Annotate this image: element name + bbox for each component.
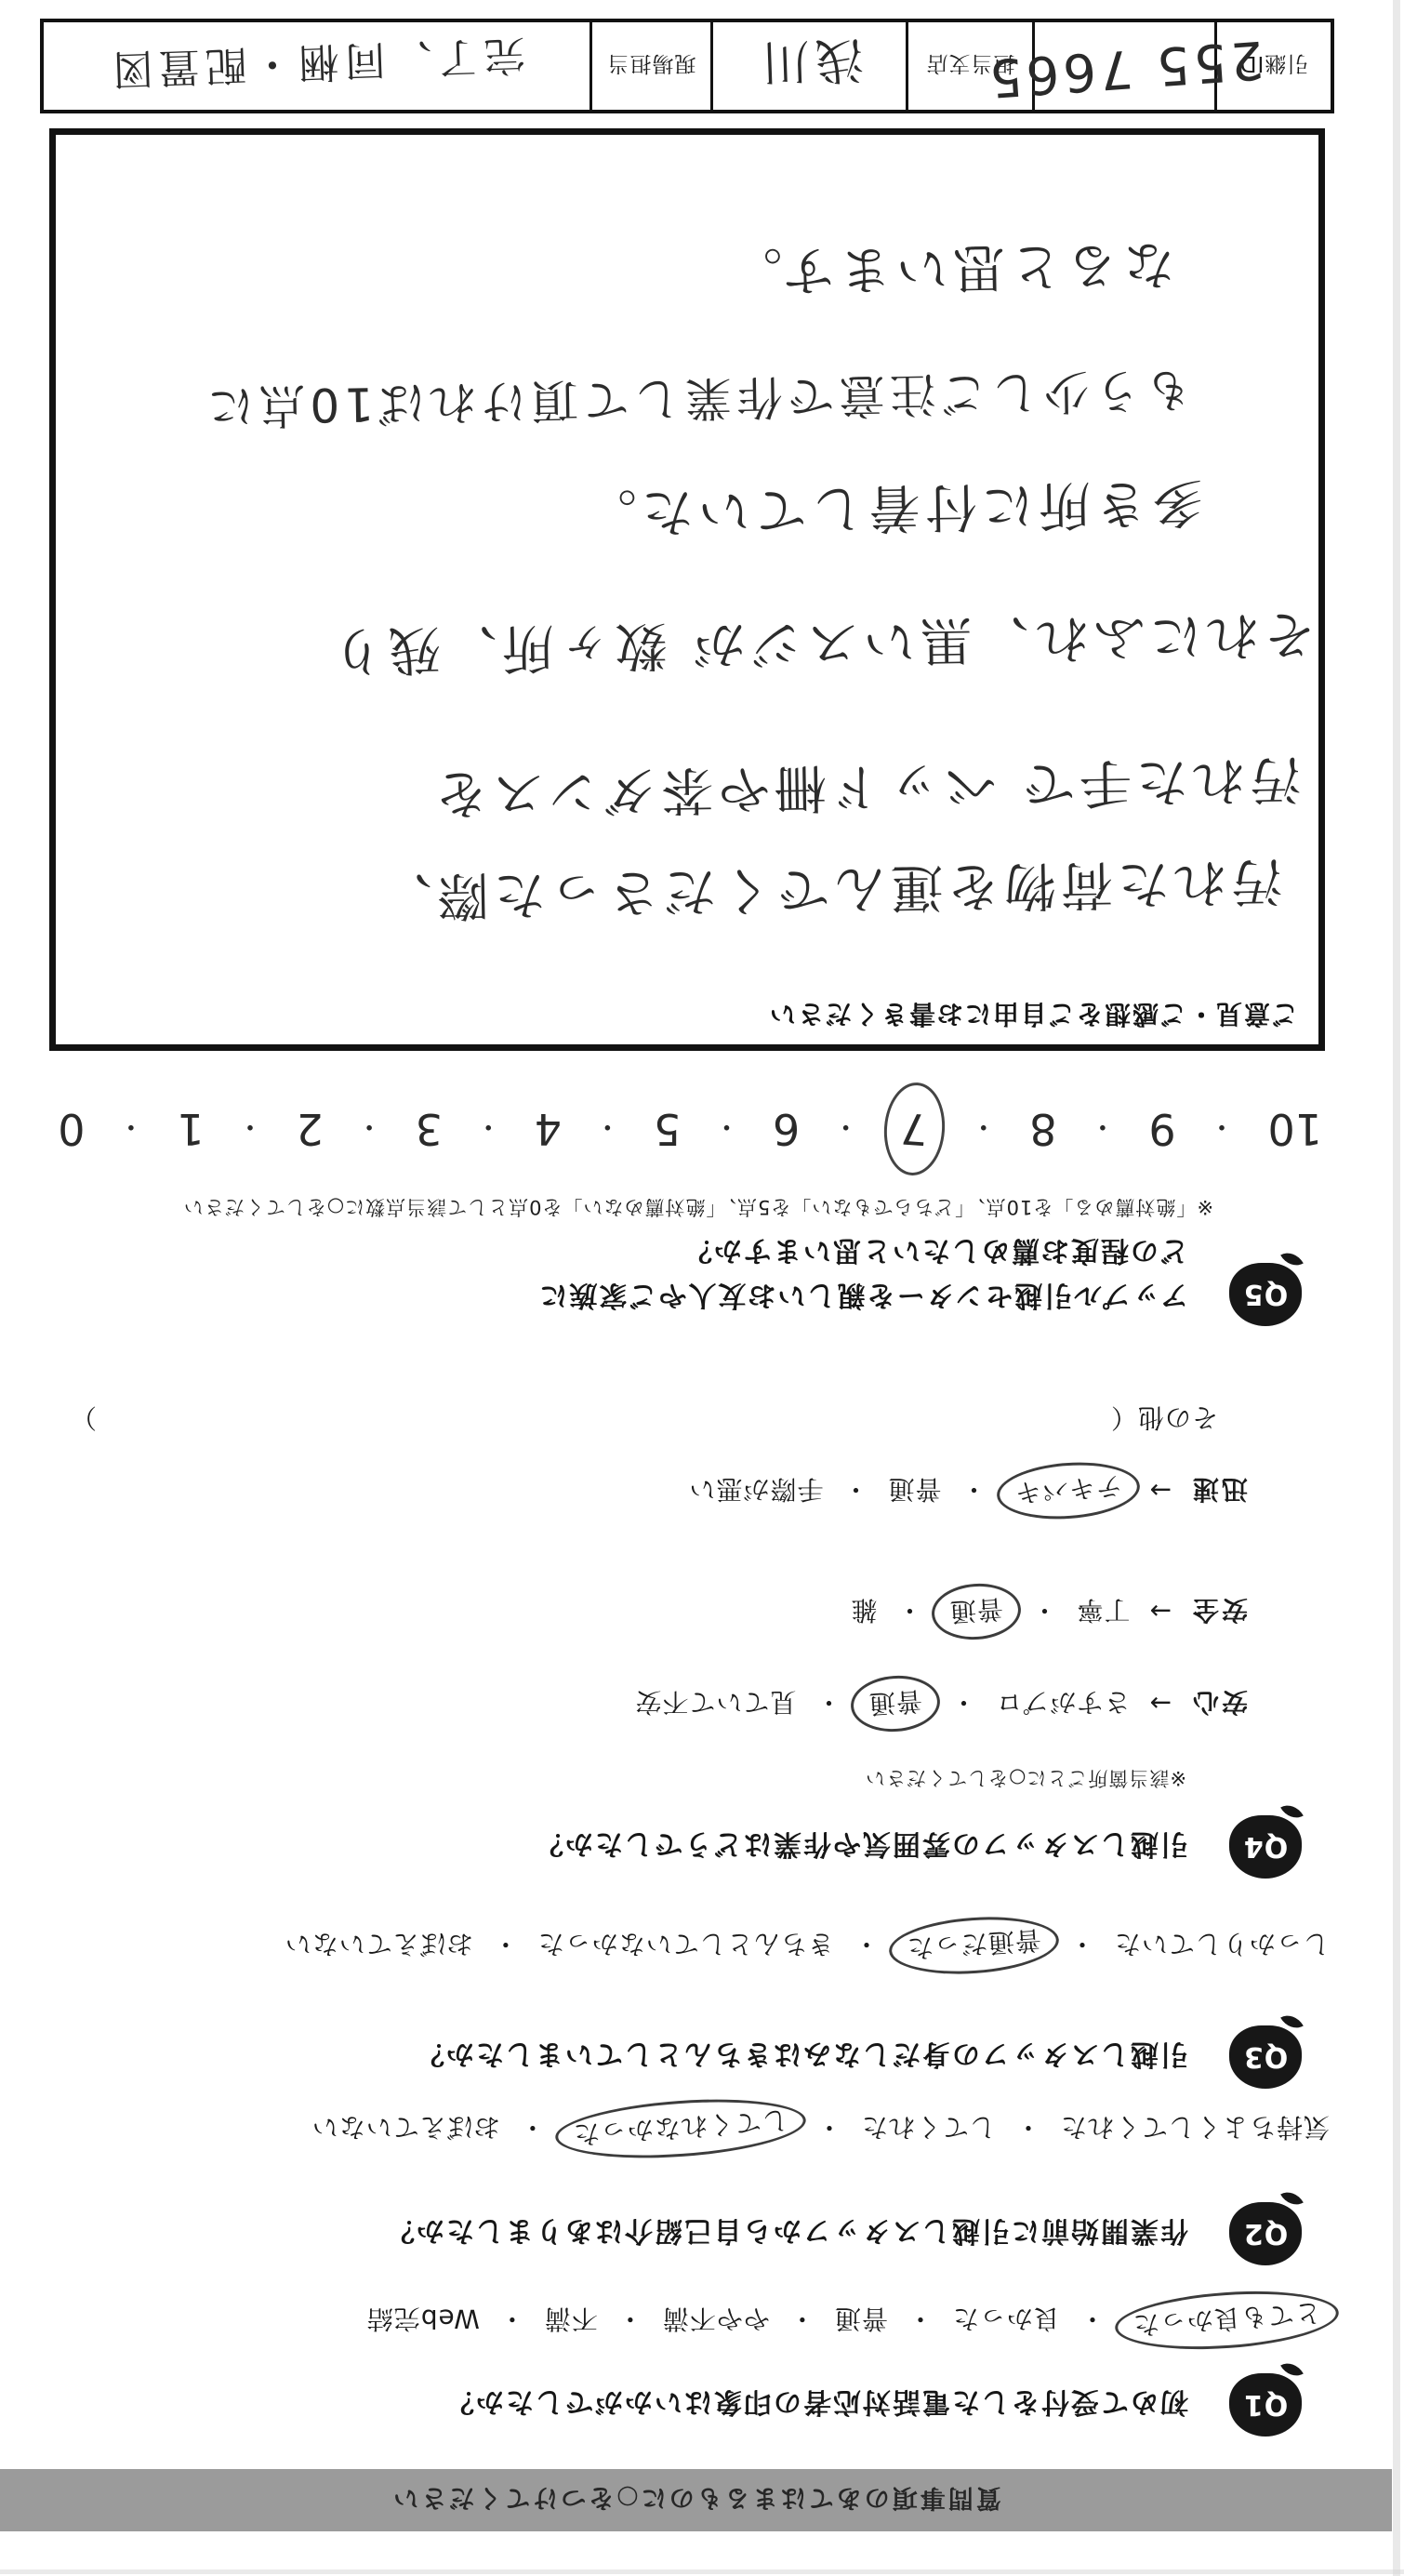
option: 普通 <box>887 1472 941 1509</box>
option-separator: ・ <box>788 2302 815 2339</box>
handwritten-comment-line: なると思います。 <box>725 231 1176 312</box>
survey-sheet-rotated-180: 質問事項のあてはまるものに○をつけてください Q1 初めて受付をした電話対応者の… <box>0 0 1404 2576</box>
scale-number: 4 <box>535 1104 562 1154</box>
q4-row-anshin: 安心 → さすがプロ・普通・見ていて不安 <box>634 1682 1248 1725</box>
site-staff-label: 現場担当 <box>607 51 696 82</box>
q5-rating-scale: 10・9・8・7・6・5・4・3・2・1・0 <box>58 1101 1322 1157</box>
handwritten-comment-line: 汚れた荷物を運んでくださった際、 <box>375 847 1283 937</box>
site-staff-handwritten-value: 完了、同梱・配置図 <box>107 29 527 103</box>
site-staff-value-cell: 完了、同梱・配置図 <box>44 22 592 110</box>
option-selected: 普通 <box>930 1581 1023 1643</box>
option: 良かった <box>952 2302 1060 2339</box>
option: Web完結 <box>366 2302 480 2339</box>
scale-number: 5 <box>654 1104 681 1154</box>
q2-title: 作業開始前に引越しスタッフから自己紹介はありましたか？ <box>385 2213 1188 2254</box>
q4-row-label: 安全 <box>1190 1593 1248 1630</box>
option-selected: 普通 <box>849 1673 942 1735</box>
q1-options: とても良かった・良かった・普通・やや不満・不満・Web完結 <box>366 2299 1330 2342</box>
option: おぼえていない <box>311 2110 500 2147</box>
q4-other-close-paren: ） <box>70 1401 97 1438</box>
scale-separator: ・ <box>713 1109 741 1149</box>
scale-separator: ・ <box>593 1109 621 1149</box>
option-separator: ・ <box>498 2302 525 2339</box>
option-separator: ・ <box>1030 1593 1057 1630</box>
option-selected: 普通だった <box>887 1912 1061 1980</box>
scale-separator: ・ <box>1208 1109 1236 1149</box>
option: 普通 <box>834 2302 888 2339</box>
handwritten-comment-line: 汚れた手で ベッド柵や茶ダンスを <box>430 746 1303 835</box>
option: やや不満 <box>662 2302 770 2339</box>
q5-title-line2: どの程度お薦めしたいと思いますか？ <box>682 1233 1188 1274</box>
q5-note: ※「絶対薦める」を10点、「どちらでもない」を5点、「絶対薦めない」を0点として… <box>183 1194 1213 1222</box>
option: してくれた <box>861 2110 996 2147</box>
option: 丁寧 <box>1077 1593 1131 1630</box>
scale-number: 6 <box>773 1104 800 1154</box>
option-separator: ・ <box>895 1593 922 1630</box>
option-separator: ・ <box>616 2302 643 2339</box>
option-separator: ・ <box>853 1927 880 1964</box>
q5-title-line1: アップル引越センターを親しいお友人やご家族に <box>538 1278 1189 1319</box>
q4-other-label: その他（ <box>1110 1401 1218 1438</box>
scale-number: 1 <box>177 1104 204 1154</box>
option-separator: ・ <box>1079 2302 1106 2339</box>
arrow-icon: → <box>1149 1476 1172 1507</box>
arrow-icon: → <box>1149 1689 1172 1720</box>
q2-badge: Q2 <box>1229 2202 1302 2265</box>
option-separator: ・ <box>1068 1927 1095 1964</box>
handoff-id-value-cell: 255 7665 <box>1035 22 1217 110</box>
scale-number: 10 <box>1267 1104 1322 1154</box>
handoff-info-table: 引継ID 255 7665 担当支店 浅川 現場担当 完了、同梱・配置図 <box>40 19 1334 113</box>
scale-separator: ・ <box>117 1109 145 1149</box>
option: 手際が悪い <box>688 1472 823 1509</box>
scale-separator: ・ <box>832 1109 860 1149</box>
instruction-bar: 質問事項のあてはまるものに○をつけてください <box>0 2469 1392 2531</box>
q4-row-options: 丁寧・普通・雑 <box>850 1590 1130 1633</box>
q3-badge: Q3 <box>1229 2025 1302 2089</box>
handwritten-comment-line: 多き所に付着していた。 <box>579 469 1204 554</box>
option-separator: ・ <box>1014 2110 1041 2147</box>
scanned-survey-page: 質問事項のあてはまるものに○をつけてください Q1 初めて受付をした電話対応者の… <box>0 0 1404 2576</box>
q4-badge: Q4 <box>1229 1815 1302 1879</box>
option-separator: ・ <box>949 1685 976 1722</box>
option: しっかりしていた <box>1114 1927 1330 1964</box>
option-selected: してくれなかった <box>553 2092 808 2166</box>
q4-row-options: さすがプロ・普通・見ていて不安 <box>634 1682 1130 1725</box>
scale-number: 9 <box>1148 1104 1175 1154</box>
scale-number: 8 <box>1029 1104 1056 1154</box>
q4-row-label: 安心 <box>1190 1685 1248 1722</box>
option-separator: ・ <box>815 1685 841 1722</box>
option-separator: ・ <box>492 1927 519 1964</box>
scan-edge-shadow-vertical <box>1393 0 1400 2576</box>
scale-separator: ・ <box>970 1109 998 1149</box>
q2-options: 気持ちよくしてくれた・してくれた・してくれなかった・おぼえていない <box>311 2107 1330 2150</box>
option: おぼえていない <box>285 1927 473 1964</box>
q1-badge: Q1 <box>1229 2373 1302 2437</box>
branch-value-cell: 浅川 <box>713 22 908 110</box>
q4-other-row: その他（ ） <box>70 1401 1218 1438</box>
option: 雑 <box>850 1593 877 1630</box>
q3-title: 引越しスタッフの身だしなみはきちんとしていましたか？ <box>415 2037 1188 2078</box>
scale-number-circled: 7 <box>881 1081 948 1177</box>
option: さすがプロ <box>996 1685 1131 1722</box>
arrow-icon: → <box>1149 1597 1172 1627</box>
branch-handwritten-value: 浅川 <box>754 29 865 102</box>
comment-box-instruction: ご意見・ご感想をご自由にお書きください <box>768 997 1298 1034</box>
option: 気持ちよくしてくれた <box>1060 2110 1330 2147</box>
q1-title: 初めて受付をした電話対応者の印象はいかがでしたか？ <box>444 2384 1188 2425</box>
option: 不満 <box>544 2302 598 2339</box>
scale-separator: ・ <box>1089 1109 1117 1149</box>
option-separator: ・ <box>841 1472 868 1509</box>
q4-row-options: テキパキ・普通・手際が悪い <box>688 1469 1130 1512</box>
q5-badge: Q5 <box>1229 1263 1302 1326</box>
q4-row-anzen: 安全 → 丁寧・普通・雑 <box>850 1590 1248 1633</box>
scale-separator: ・ <box>236 1109 264 1149</box>
option-separator: ・ <box>815 2110 842 2147</box>
q4-note: ※該当箇所ごとに○をしてください <box>865 1765 1186 1793</box>
option: きちんとしていなかった <box>537 1927 834 1964</box>
q4-row-label: 迅速 <box>1190 1472 1248 1509</box>
scale-separator: ・ <box>355 1109 383 1149</box>
site-staff-label-cell: 現場担当 <box>592 22 713 110</box>
scan-edge-shadow-horizontal <box>0 2569 1404 2574</box>
scale-number: 0 <box>58 1104 85 1154</box>
option-separator: ・ <box>907 2302 934 2339</box>
q4-title: 引越しスタッフの雰囲気や作業はどうでしたか？ <box>534 1826 1188 1867</box>
option-separator: ・ <box>519 2110 546 2147</box>
scale-number: 3 <box>416 1104 443 1154</box>
option-selected: とても良かった <box>1113 2285 1341 2357</box>
scale-separator: ・ <box>474 1109 502 1149</box>
q3-options: しっかりしていた・普通だった・きちんとしていなかった・おぼえていない <box>285 1924 1330 1967</box>
q4-row-jinsoku: 迅速 → テキパキ・普通・手際が悪い <box>688 1469 1248 1512</box>
option-separator: ・ <box>960 1472 987 1509</box>
option: 見ていて不安 <box>634 1685 796 1722</box>
scale-number: 2 <box>296 1104 323 1154</box>
option-selected: テキパキ <box>995 1458 1142 1524</box>
